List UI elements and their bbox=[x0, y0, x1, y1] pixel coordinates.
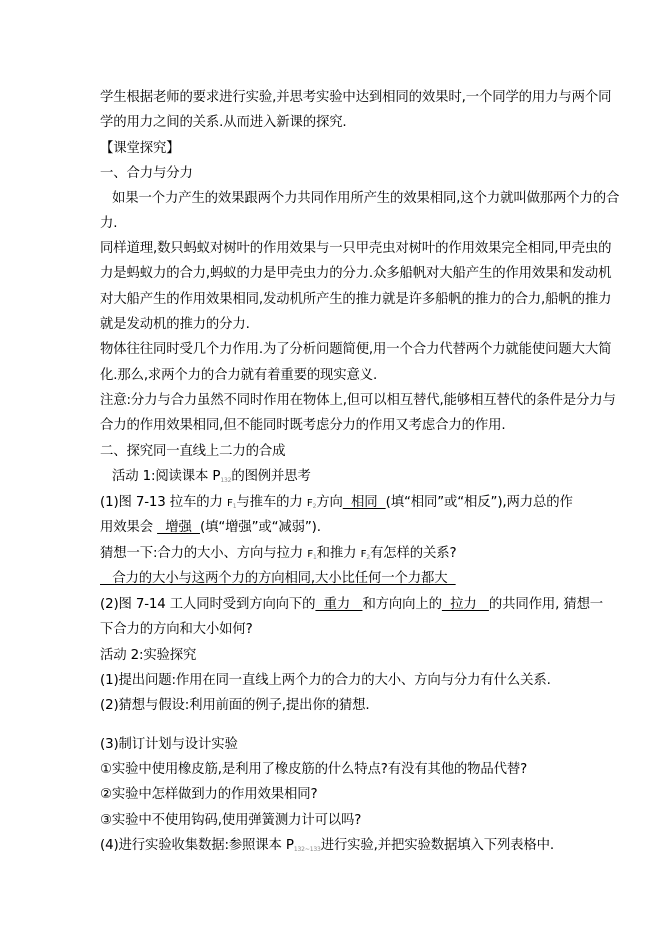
activity2-item: (1)提出问题:作用在同一直线上两个力的合力的大小、方向与分力有什么关系. bbox=[100, 673, 551, 689]
question-text: 的共同作用, 猜想一 bbox=[489, 597, 603, 612]
activity2-item: (3)制订计划与设计实验 bbox=[100, 737, 238, 753]
answer-blank: 重力 bbox=[315, 597, 362, 612]
answer-blank: 合力的大小与这两个力的方向相同,大小比任何一个力都大 bbox=[100, 571, 456, 586]
document-page: 学生根据老师的要求进行实验,并思考实验中达到相同的效果时,一个同学的用力与两个同… bbox=[0, 0, 661, 935]
answer-blank: 增强 bbox=[157, 520, 200, 535]
question-text: 和推力 bbox=[317, 546, 361, 561]
note-line: 注意:分力与合力虽然不同时作用在物体上,但可以相互替代,能够相互替代的条件是分力… bbox=[100, 393, 616, 409]
activity1-line: 活动 1:阅读课本 P132的图例并思考 bbox=[112, 469, 311, 489]
question-text: (2)图 7-14 工人同时受到方向向下的 bbox=[100, 597, 315, 612]
question-text: 用效果会 bbox=[100, 520, 157, 535]
question-text: 与推车的力 bbox=[236, 495, 306, 510]
question1-line: (1)图 7-13 拉车的力 F1与推车的力 F2方向 相同 (填“相同”或“相… bbox=[100, 495, 573, 515]
section-heading: 二、探究同一直线上二力的合成 bbox=[100, 444, 285, 460]
paragraph-line: 就是发动机的推力的分力. bbox=[100, 317, 250, 333]
question-text: 和方向向上的 bbox=[362, 597, 441, 612]
question-text: 猜想一下:合力的大小、方向与拉力 bbox=[100, 546, 307, 561]
paragraph-line: 学的用力之间的关系.从而进入新课的探究. bbox=[100, 115, 347, 131]
activity2-title: 活动 2:实验探究 bbox=[100, 648, 196, 664]
activity1-prefix: 活动 1:阅读课本 P bbox=[112, 469, 220, 484]
question-text: 有怎样的关系? bbox=[370, 546, 456, 561]
question-text: 方向 bbox=[316, 495, 342, 510]
answer-blank: 拉力 bbox=[442, 597, 489, 612]
question1-line-2: 用效果会 增强 (填“增强”或“减弱”). bbox=[100, 520, 321, 536]
paragraph-line: 同样道理,数只蚂蚁对树叶的作用效果与一只甲壳虫对树叶的作用效果完全相同,甲壳虫的 bbox=[100, 241, 611, 257]
question-text: (填“相同”或“相反”),两力总的作 bbox=[386, 495, 573, 510]
guess-answer-line: 合力的大小与这两个力的方向相同,大小比任何一个力都大 bbox=[100, 571, 456, 587]
activity2-item: (2)猜想与假设:利用前面的例子,提出你的猜想. bbox=[100, 698, 369, 714]
note-line: 合力的作用效果相同,但不能同时既考虑分力的作用又考虑合力的作用. bbox=[100, 418, 505, 434]
guess-line: 猜想一下:合力的大小、方向与拉力 F1和推力 F2有怎样的关系? bbox=[100, 546, 456, 566]
activity1-suffix: 的图例并思考 bbox=[231, 469, 310, 484]
question-text: (填“增强”或“减弱”). bbox=[200, 520, 321, 535]
step-text: (4)进行实验收集数据:参照课本 P bbox=[100, 838, 294, 853]
paragraph-line: 学生根据老师的要求进行实验,并思考实验中达到相同的效果时,一个同学的用力与两个同 bbox=[100, 90, 611, 106]
answer-blank: 相同 bbox=[343, 495, 386, 510]
paragraph-line: 物体往往同时受几个力作用.为了分析问题简便,用一个合力代替两个力就能使问题大大简 bbox=[100, 342, 611, 358]
activity2-item: ③实验中不使用钩码,使用弹簧测力计可以吗? bbox=[100, 813, 361, 829]
paragraph-line: 如果一个力产生的效果跟两个力共同作用所产生的效果相同,这个力就叫做那两个力的合 bbox=[112, 191, 619, 207]
activity2-item: ①实验中使用橡皮筋,是利用了橡皮筋的什么特点?有没有其他的物品代替? bbox=[100, 762, 527, 778]
page-subscript: 132 bbox=[220, 477, 231, 484]
question2-line-2: 下合力的方向和大小如何? bbox=[100, 622, 253, 638]
question2-line: (2)图 7-14 工人同时受到方向向下的 重力 和方向向上的 拉力 的共同作用… bbox=[100, 597, 603, 613]
section-heading: 一、合力与分力 bbox=[100, 166, 193, 182]
paragraph-line: 化.那么,求两个力的合力就有着重要的现实意义. bbox=[100, 368, 377, 384]
activity2-item: ②实验中怎样做到力的作用效果相同? bbox=[100, 787, 317, 803]
activity2-step4: (4)进行实验收集数据:参照课本 P132~133进行实验,并把实验数据填入下列… bbox=[100, 838, 554, 858]
question-text: (1)图 7-13 拉车的力 bbox=[100, 495, 227, 510]
section-heading: 【课堂探究】 bbox=[100, 141, 179, 157]
page-subscript: 132~133 bbox=[294, 846, 321, 853]
paragraph-line: 对大船产生的作用效果相同,发动机所产生的推力就是许多船帆的推力的合力,船帆的推力 bbox=[100, 292, 611, 308]
step-text: 进行实验,并把实验数据填入下列表格中. bbox=[321, 838, 554, 853]
paragraph-line: 力. bbox=[100, 216, 117, 232]
paragraph-line: 力是蚂蚁力的合力,蚂蚁的力是甲壳虫力的分力.众多船帆对大船产生的作用效果和发动机 bbox=[100, 266, 611, 282]
